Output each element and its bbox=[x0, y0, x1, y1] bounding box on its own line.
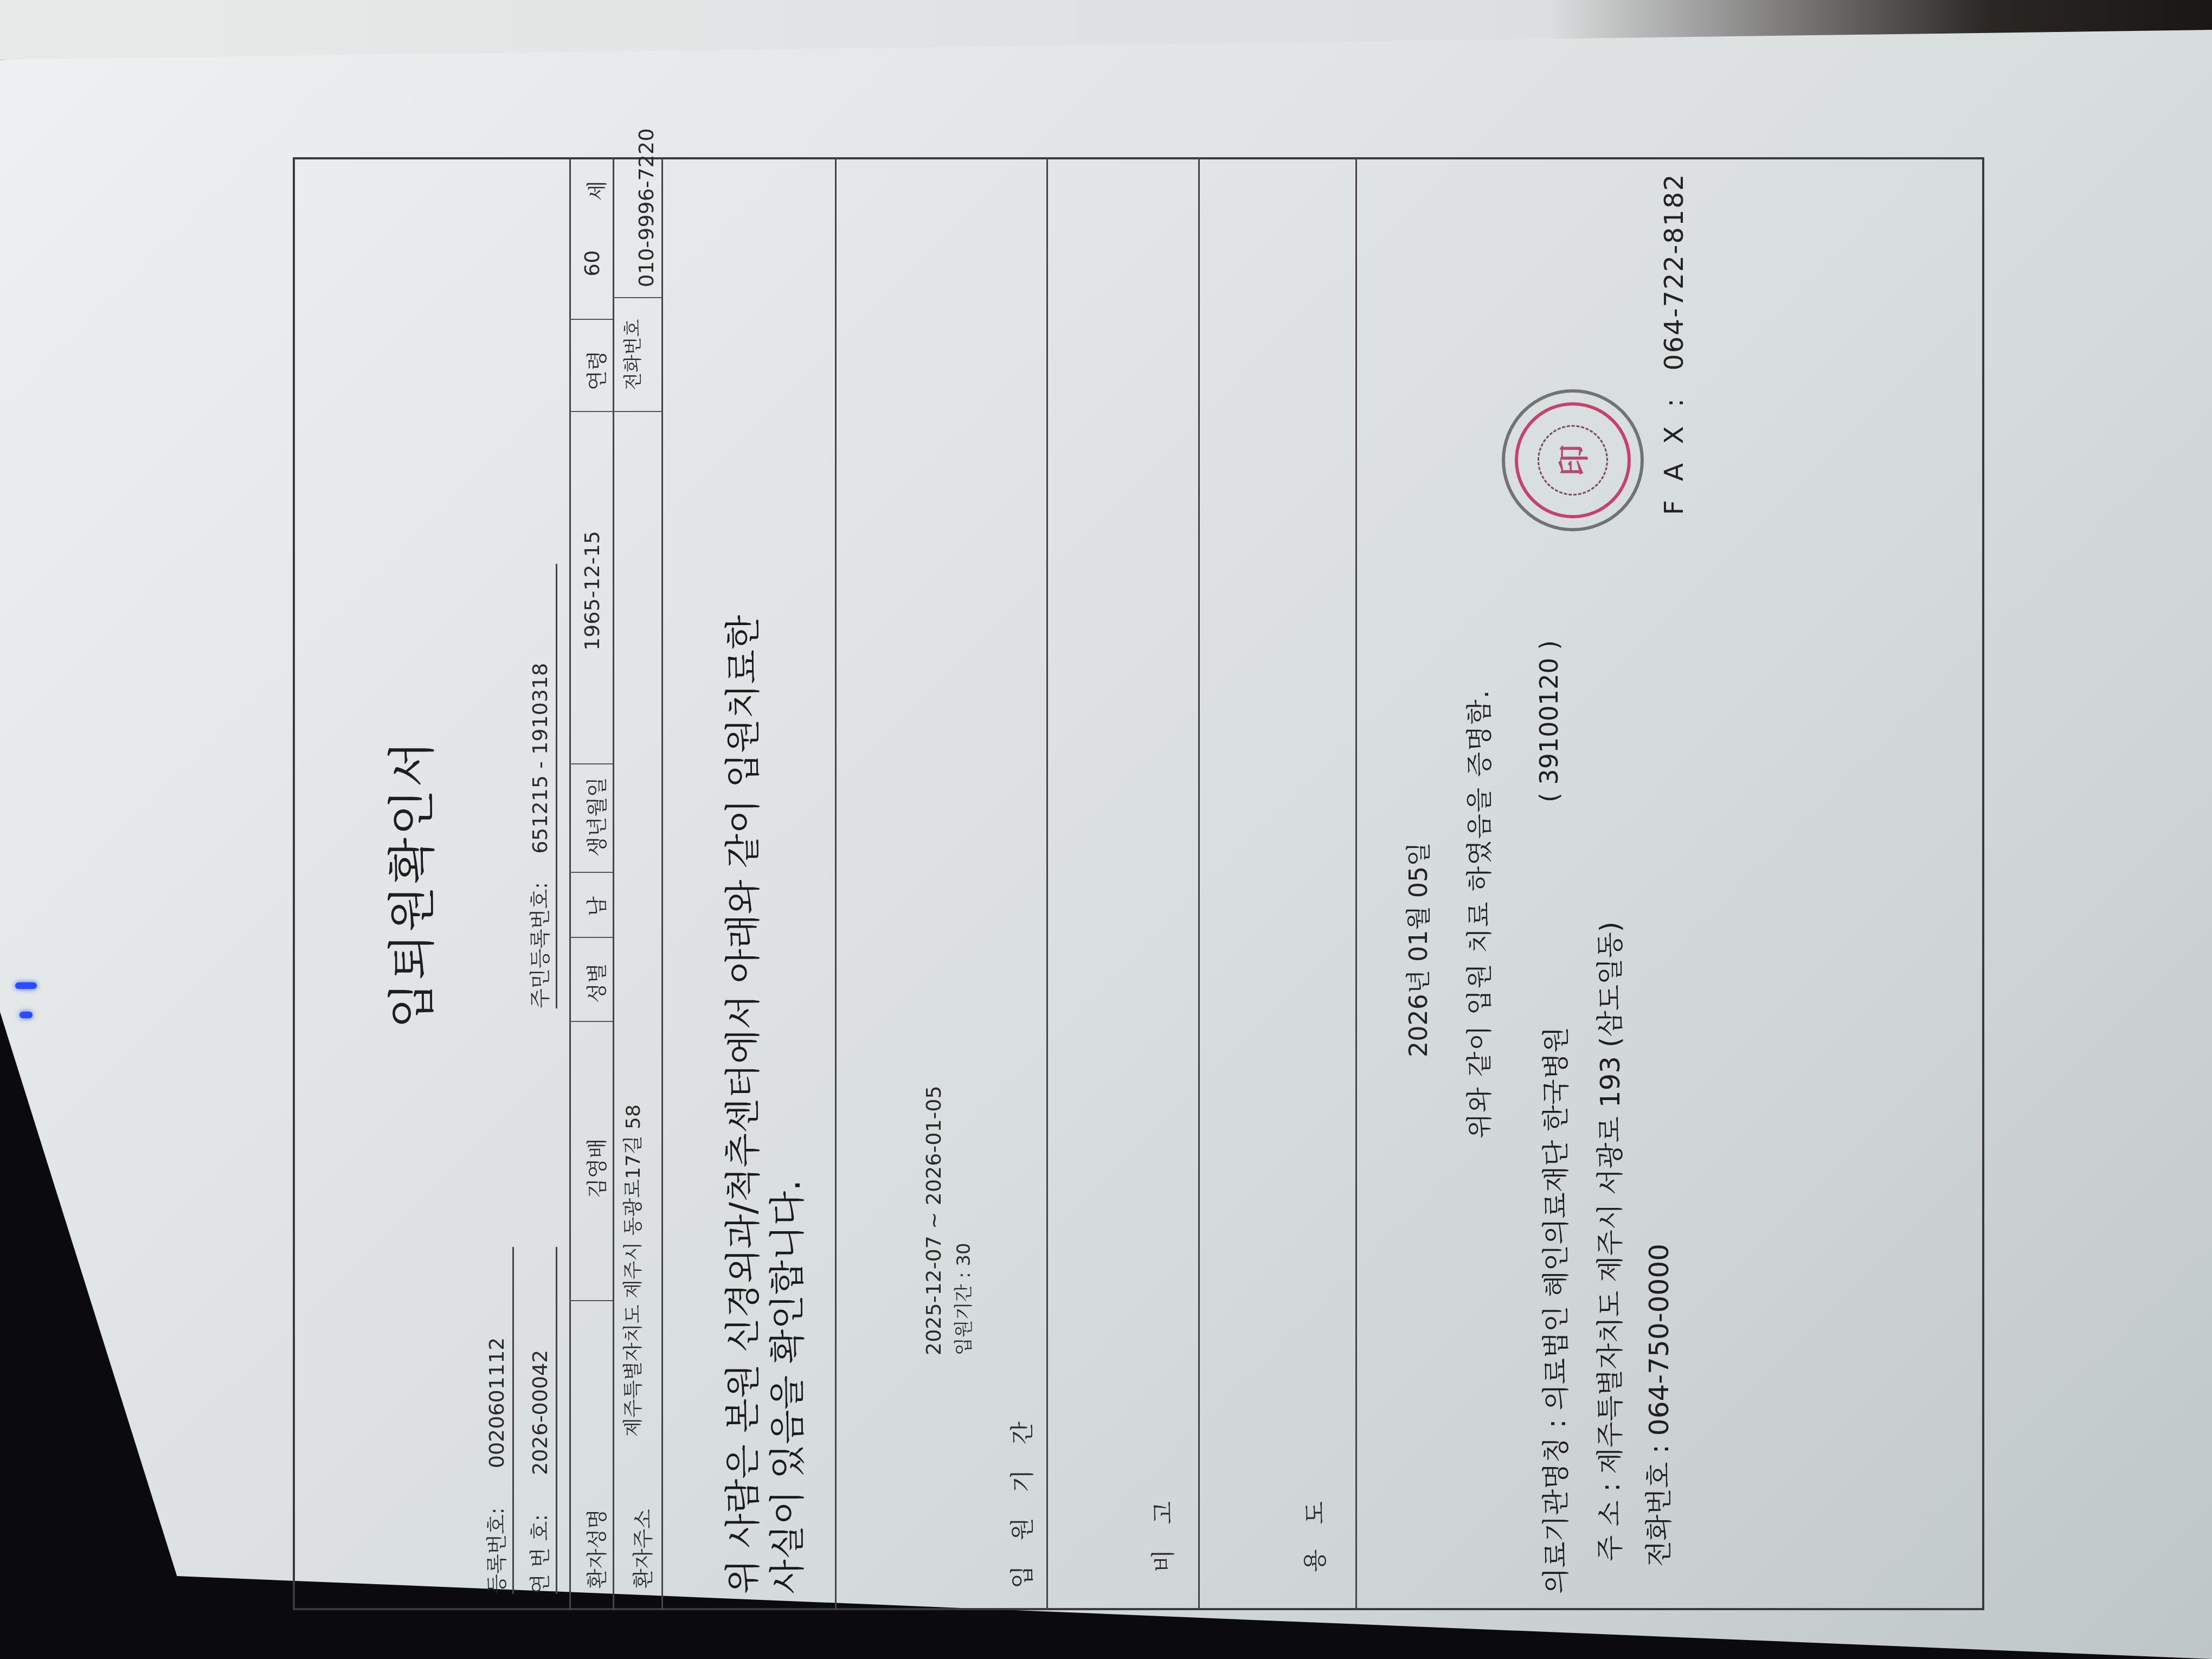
registration-number: 등록번호: 0020601112 bbox=[480, 1337, 510, 1594]
table-border bbox=[661, 157, 663, 1610]
table-border bbox=[1355, 157, 1357, 1610]
table-border bbox=[569, 872, 613, 873]
fax-label: F A X : bbox=[1659, 393, 1689, 515]
table-border bbox=[569, 1021, 613, 1022]
table-border bbox=[613, 297, 661, 298]
table-border bbox=[835, 157, 837, 1610]
birth-date: 1965-12-15 bbox=[580, 531, 604, 651]
age-value: 60 bbox=[580, 250, 604, 276]
institution-name: 의료기관명칭 : 의료법인 혜인의료재단 한국병원 bbox=[1534, 1027, 1573, 1594]
table-border bbox=[1198, 157, 1200, 1610]
statement: 위 사람은 본원 신경외과/척추센터에서 아래와 같이 입원치료한 사실이 있음… bbox=[721, 173, 810, 1594]
issue-date: 2026년 01월 05일 bbox=[1399, 842, 1435, 1057]
resident-number-label: 주민등록번호: bbox=[523, 882, 553, 1008]
underline bbox=[512, 1247, 514, 1594]
underline bbox=[556, 564, 557, 1008]
table-border bbox=[1046, 157, 1048, 1610]
remarks-label: 비 고 bbox=[1144, 1493, 1179, 1572]
patient-name-label: 환자성명 bbox=[580, 1509, 610, 1589]
age-label: 연령 bbox=[580, 351, 610, 390]
purpose-label: 용 도 bbox=[1296, 1493, 1330, 1572]
phone-label: 전화번호 bbox=[618, 319, 645, 390]
serial-number-value: 2026-00042 bbox=[528, 1350, 552, 1475]
fax-number: 064-722-8182 bbox=[1659, 173, 1689, 370]
institution-address: 주 소 : 제주특별자치도 제주시 서광로 193 (삼도일동) bbox=[1589, 922, 1628, 1561]
admission-period-days: 입원기간 : 30 bbox=[949, 1243, 975, 1355]
address-label: 환자주소 bbox=[626, 1509, 656, 1589]
serial-number-label: 연 번 호: bbox=[523, 1514, 553, 1594]
registration-number-value: 0020601112 bbox=[485, 1337, 509, 1468]
sex-label: 성별 bbox=[580, 963, 610, 1003]
admission-period-label: 입 원 기 간 bbox=[1003, 1413, 1038, 1589]
table-border bbox=[569, 319, 613, 320]
institution-phone: 전화번호 : 064-750-0000 bbox=[1637, 1244, 1676, 1567]
statement-line-2: 사실이 있음을 확인합니다. bbox=[766, 173, 810, 1594]
resident-number-value: 651215 - 1910318 bbox=[528, 663, 552, 854]
seal-glyph: 印 bbox=[1548, 393, 1594, 528]
fax: F A X : 064-722-8182 bbox=[1659, 173, 1689, 515]
table-border bbox=[569, 411, 661, 412]
table-border bbox=[569, 763, 613, 764]
patient-address: 제주특별자치도 제주시 동광로17길 58 bbox=[618, 1104, 646, 1437]
device-led-indicator bbox=[20, 1012, 33, 1018]
device-led-indicator bbox=[15, 982, 37, 989]
statement-line-1: 위 사람은 본원 신경외과/척추센터에서 아래와 같이 입원치료한 bbox=[721, 173, 766, 1594]
table-border bbox=[569, 937, 613, 938]
serial-number: 연 번 호: 2026-00042 bbox=[523, 1350, 553, 1594]
registration-number-label: 등록번호: bbox=[480, 1507, 510, 1594]
table-border bbox=[613, 157, 614, 1610]
document-area: 입퇴원확인서 등록번호: 0020601112 연 번 호: 2026-0004… bbox=[293, 157, 1984, 1610]
birth-date-label: 생년월일 bbox=[580, 777, 610, 857]
sex-value: 남 bbox=[580, 896, 610, 916]
document-title: 입퇴원확인서 bbox=[374, 157, 442, 1610]
admission-period-range: 2025-12-07 ~ 2026-01-05 bbox=[922, 1085, 946, 1355]
certification-text: 위와 같이 입원 치료 하였음을 증명함. bbox=[1458, 689, 1496, 1139]
official-seal-icon: 印 bbox=[1502, 389, 1644, 531]
institution-code: ( 39100120 ) bbox=[1534, 640, 1564, 802]
table-border bbox=[569, 1300, 613, 1301]
age-unit: 세 bbox=[580, 181, 610, 201]
resident-number: 주민등록번호: 651215 - 1910318 bbox=[523, 663, 553, 1008]
underline bbox=[556, 1247, 557, 1594]
admission-discharge-certificate: 입퇴원확인서 등록번호: 0020601112 연 번 호: 2026-0004… bbox=[293, 157, 1984, 1610]
table-border bbox=[569, 157, 571, 1610]
patient-phone: 010-9996-7220 bbox=[634, 128, 658, 287]
patient-name: 김영배 bbox=[580, 1139, 610, 1198]
